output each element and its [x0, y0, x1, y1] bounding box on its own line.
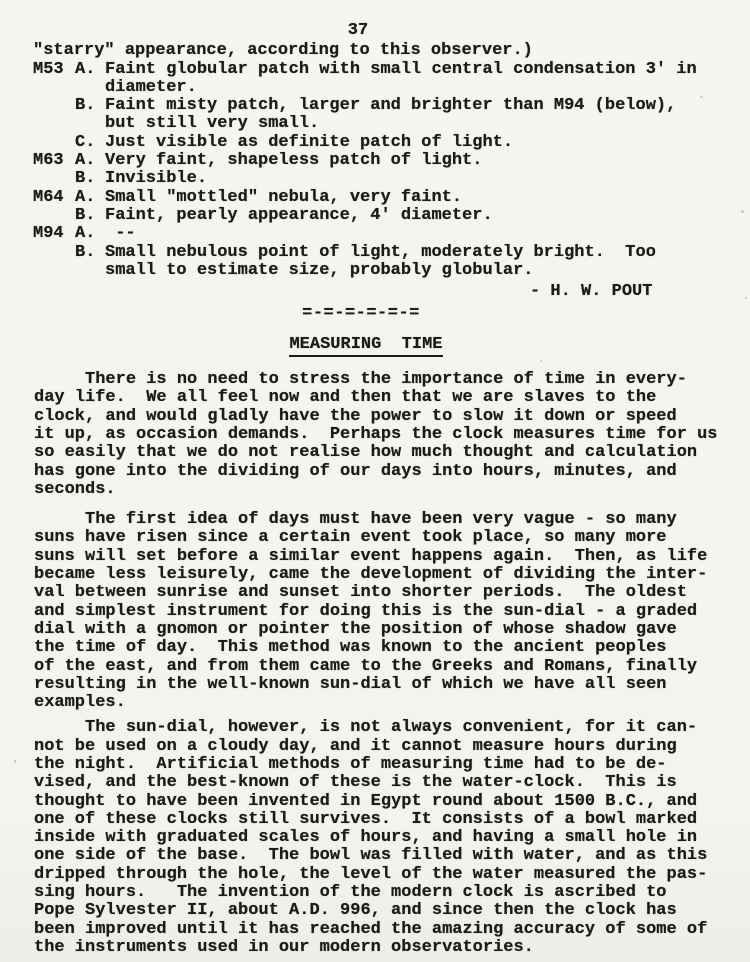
observation-row-m53-c: C. Just visible as definite patch of lig… [33, 134, 750, 152]
section-separator: =-=-=-=-=-= [302, 304, 420, 323]
messier-id: M94 [33, 225, 75, 243]
author-signature: - H. W. POUT [530, 283, 750, 301]
observation-row-m63-b: B. Invisible. [33, 170, 750, 188]
scan-speck [14, 760, 16, 763]
messier-id [33, 134, 75, 152]
observation-row-m94-b: B. Small nebulous point of light, modera… [33, 244, 750, 281]
observation-row-m53-b: B. Faint misty patch, larger and brighte… [33, 97, 750, 134]
messier-id: M64 [33, 189, 75, 207]
observer-label: B. [75, 244, 105, 281]
observation-text: Faint misty patch, larger and brighter t… [105, 97, 750, 134]
article-paragraph-1: There is no need to stress the importanc… [34, 371, 750, 499]
messier-id [33, 170, 75, 188]
messier-id: M53 [33, 61, 75, 98]
observer-label: B. [75, 170, 105, 188]
observer-label: B. [75, 97, 105, 134]
separator-row: =-=-=-=-=-= [0, 305, 750, 323]
observations-section: "starry" appearance, according to this o… [33, 42, 750, 280]
page-number-row: 37 [0, 22, 750, 40]
observation-text: Small nebulous point of light, moderatel… [105, 244, 750, 281]
messier-id [33, 97, 75, 134]
scan-speck [745, 297, 747, 299]
observation-continuation-line: "starry" appearance, according to this o… [33, 42, 750, 60]
messier-id [33, 207, 75, 225]
observation-text: Invisible. [105, 170, 750, 188]
article-paragraph-3: The sun-dial, however, is not always con… [34, 719, 750, 957]
messier-id: M63 [33, 152, 75, 170]
observation-text: Faint globular patch with small central … [105, 61, 750, 98]
observation-text: Very faint, shapeless patch of light. [105, 152, 750, 170]
observer-label: B. [75, 207, 105, 225]
observation-text: Faint, pearly appearance, 4' diameter. [105, 207, 750, 225]
messier-id [33, 244, 75, 281]
observation-row-m64-b: B. Faint, pearly appearance, 4' diameter… [33, 207, 750, 225]
document-page: 37 "starry" appearance, according to thi… [0, 0, 750, 962]
observation-text: Small "mottled" nebula, very faint. [105, 189, 750, 207]
scan-speck [700, 96, 703, 98]
article-paragraph-2: The first idea of days must have been ve… [34, 511, 750, 712]
observation-row-m53-a: M53 A. Faint globular patch with small c… [33, 61, 750, 98]
observer-label: A. [75, 61, 105, 98]
scan-speck [741, 210, 744, 213]
article-title-row: MEASURING TIME [0, 336, 750, 354]
observation-text: Just visible as definite patch of light. [105, 134, 750, 152]
observer-label: C. [75, 134, 105, 152]
page-number: 37 [348, 21, 368, 40]
article-title: MEASURING TIME [289, 335, 442, 357]
scan-speck [540, 360, 542, 362]
observation-text: -- [105, 225, 750, 243]
observation-row-m94-a: M94 A. -- [33, 225, 750, 243]
observer-label: A. [75, 225, 105, 243]
observer-label: A. [75, 189, 105, 207]
observation-row-m63-a: M63 A. Very faint, shapeless patch of li… [33, 152, 750, 170]
observation-row-m64-a: M64 A. Small "mottled" nebula, very fain… [33, 189, 750, 207]
observer-label: A. [75, 152, 105, 170]
